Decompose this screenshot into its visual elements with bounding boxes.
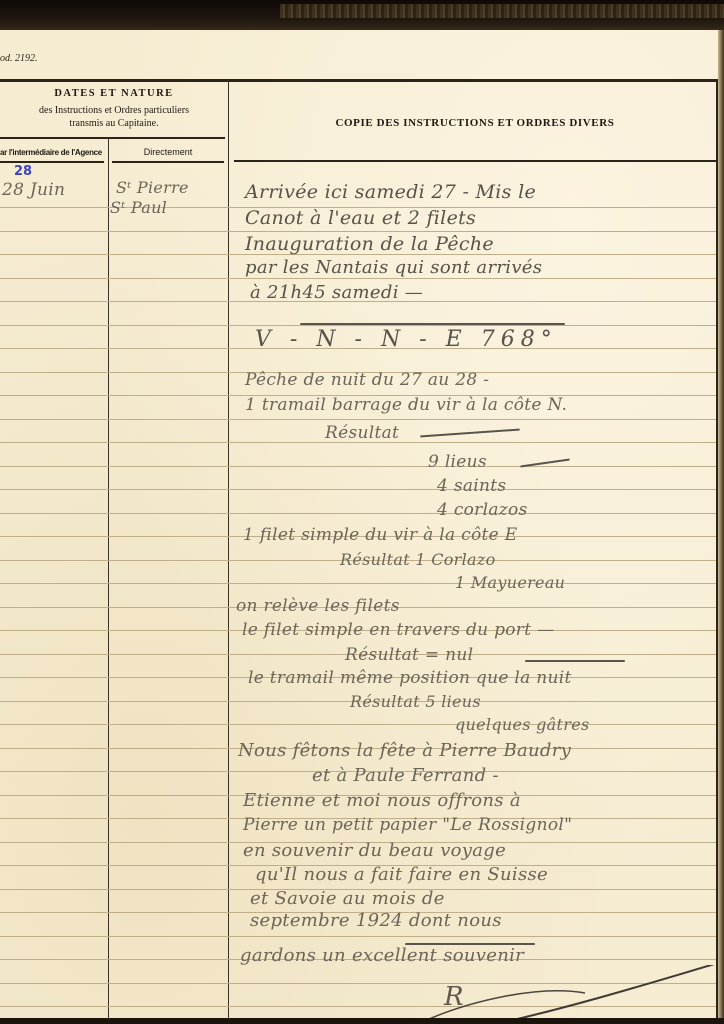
hw-line: on relève les filets: [236, 596, 400, 616]
hw-line: le filet simple en travers du port —: [242, 620, 554, 640]
ruled-line: [0, 513, 716, 514]
hw-line: par les Nantais qui sont arrivés: [245, 257, 542, 278]
hw-line: et Savoie au mois de: [250, 888, 445, 909]
hw-line: Pierre un petit papier "Le Rossignol": [243, 815, 572, 835]
hw-line: 1 Mayuereau: [455, 573, 565, 592]
form-reference: od. 2192.: [0, 53, 38, 64]
hw-line: septembre 1924 dont nous: [250, 910, 502, 931]
hw-line: qu'Il nous a fait faire en Suisse: [255, 864, 548, 885]
hw-line: V - N - N - E 768°: [255, 327, 558, 352]
hw-line: le tramail même position que la nuit: [248, 668, 572, 688]
frame-right-rule: [716, 79, 718, 1019]
hw-line: et à Paule Ferrand -: [312, 765, 499, 786]
hw-line: Inauguration de la Pêche: [245, 233, 494, 255]
signature-initial: R: [444, 982, 464, 1012]
signature-flourish: [380, 965, 720, 1024]
ruled-line: [0, 489, 716, 490]
colhead-rule-1: [0, 161, 104, 163]
hw-line: Pêche de nuit du 27 au 28 -: [245, 370, 489, 390]
ruled-line: [0, 325, 716, 326]
hw-line: 4 saints: [437, 476, 506, 496]
dates-subtitle-2: transmis au Capitaine.: [0, 117, 228, 130]
underline-stroke: [525, 660, 625, 662]
dates-subtitle-1: des Instructions et Ordres particuliers: [0, 104, 228, 117]
column-header-agency: ar l'intermédiaire de l'Agence: [0, 148, 105, 157]
ruled-line: [0, 583, 716, 584]
hw-line: Etienne et moi nous offrons à: [243, 790, 521, 811]
hw-line: 4 corlazos: [437, 500, 528, 520]
hw-line: Résultat 1 Corlazo: [340, 550, 496, 569]
hw-line: en souvenir du beau voyage: [243, 840, 506, 861]
colhead-rule-2: [112, 161, 224, 163]
divider-main-column: [228, 80, 229, 1020]
ruled-line: [0, 466, 716, 467]
direct-entry-2: Sᵗ Paul: [110, 198, 167, 217]
hw-line: 9 lieus: [428, 452, 487, 472]
hw-line: quelques gâtres: [455, 715, 589, 734]
hw-line: 1 filet simple du vir à la côte E: [243, 525, 517, 545]
page-edge: [718, 30, 724, 1024]
ruled-line: [0, 419, 716, 420]
hw-line: 1 tramail barrage du vir à la côte N.: [245, 395, 567, 415]
hw-line: Résultat = nul: [345, 645, 473, 665]
copie-title: COPIE DES INSTRUCTIONS ET ORDRES DIVERS: [232, 117, 718, 129]
header-top-rule: [0, 79, 718, 82]
column-header-direct: Directement: [108, 147, 228, 157]
date-entry: 28 Juin: [2, 180, 65, 200]
ruled-line: [0, 936, 716, 937]
hw-line: Résultat: [325, 423, 399, 443]
annotation-number: 28: [14, 164, 32, 179]
right-header-rule: [234, 160, 716, 162]
page-bottom-edge: [0, 1018, 724, 1024]
dates-nature-title: DATES ET NATURE: [0, 88, 228, 99]
ruled-line: [0, 231, 716, 232]
book-binding: [0, 0, 724, 30]
ruled-line: [0, 278, 716, 279]
hw-line: Nous fêtons la fête à Pierre Baudry: [238, 740, 571, 761]
underline-stroke: [300, 323, 565, 325]
ruled-line: [0, 724, 716, 725]
hw-line: Canot à l'eau et 2 filets: [245, 207, 476, 229]
direct-entry-1: Sᵗ Pierre: [116, 178, 189, 197]
hw-line: Arrivée ici samedi 27 - Mis le: [245, 181, 536, 203]
header-subrule: [0, 137, 225, 139]
hw-line: Résultat 5 lieus: [350, 692, 481, 711]
hw-line: à 21h45 samedi —: [250, 282, 423, 303]
divider-left-columns: [108, 138, 109, 1020]
hw-line: gardons un excellent souvenir: [240, 945, 524, 966]
